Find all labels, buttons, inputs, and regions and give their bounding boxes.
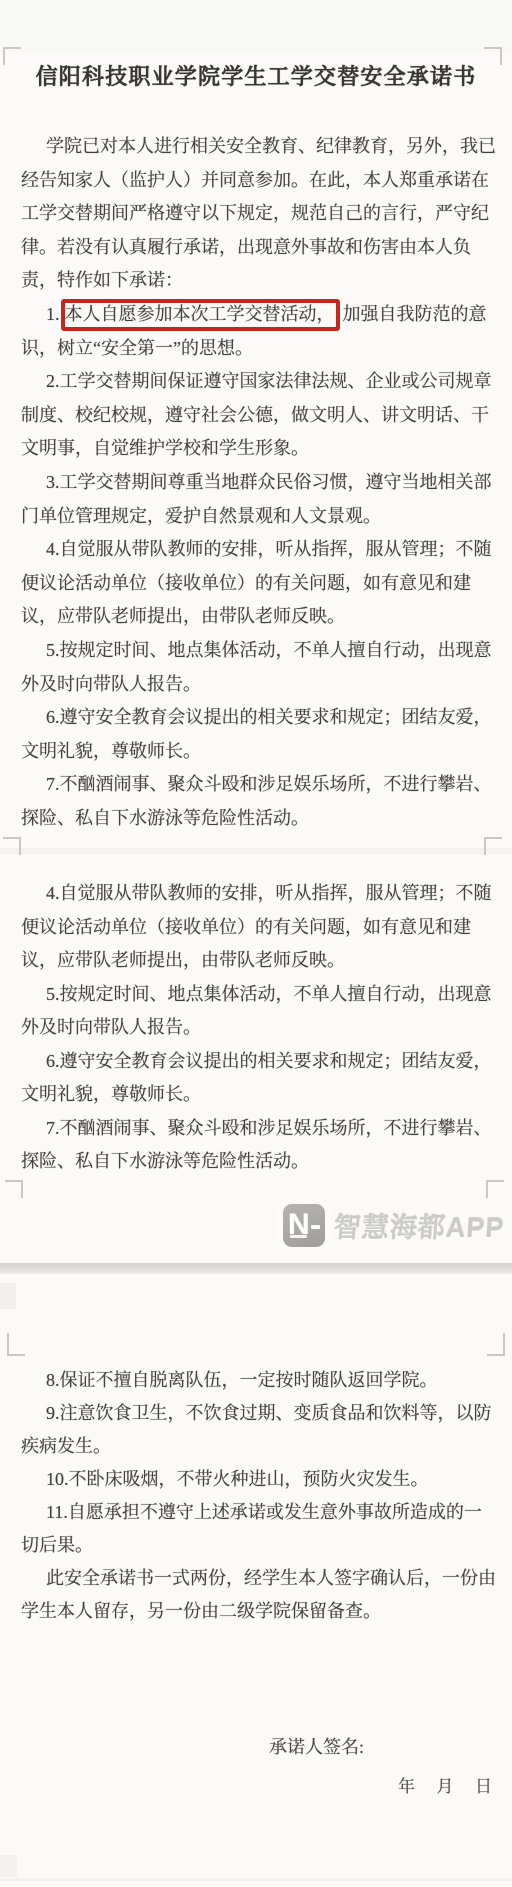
text-line: 5.按规定时间、地点集体活动，不单人擅自行动，出现意 <box>21 978 499 1012</box>
line-text: 学院已对本人进行相关安全教育、纪律教育，另外，我已 <box>46 136 496 156</box>
item-1-tail: 加强自我防范的意 <box>343 304 487 324</box>
signature-label: 承诺人签名: <box>269 1734 364 1760</box>
text-line: 学生本人留存，另一份由二级学院保留备查。 <box>21 1595 499 1628</box>
line-text: 文明事，自觉维护学校和学生形象。 <box>21 438 309 458</box>
line-text: 5.按规定时间、地点集体活动，不单人擅自行动，出现意 <box>46 640 492 660</box>
text-line: 7.不酗酒闹事、聚众斗殴和涉足娱乐场所，不进行攀岩、 <box>21 1112 499 1146</box>
line-text: 疾病发生。 <box>21 1436 111 1456</box>
crop-mark-page1-bottom-left <box>3 837 21 855</box>
date-day-label: 日 <box>475 1772 492 1797</box>
item-1-line2: 识，树立“安全第一”的思想。 <box>21 332 499 366</box>
line-text: 便议论活动单位（接收单位）的有关问题，如有意见和建 <box>21 573 471 593</box>
crop-mark-page2-bottom-left <box>5 1180 23 1198</box>
text-line: 疾病发生。 <box>21 1430 499 1463</box>
text-line: 5.按规定时间、地点集体活动，不单人擅自行动，出现意 <box>21 634 499 668</box>
line-text: 切后果。 <box>21 1535 93 1555</box>
item-1-number: 1. <box>46 304 60 324</box>
text-line: 议，应带队老师提出，由带队老师反映。 <box>21 600 499 634</box>
highlight-box: 本人自愿参加本次工学交替活动， <box>61 299 340 331</box>
line-text: 9.注意饮食卫生，不饮食过期、变质食品和饮料等，以防 <box>46 1403 492 1423</box>
line-text: 探险、私自下水游泳等危险性活动。 <box>21 1151 309 1171</box>
watermark-badge: N 智慧海都APP <box>281 1202 505 1249</box>
crop-mark-page3-top-left <box>7 1333 25 1356</box>
watermark-label: 智慧海都APP <box>333 1206 506 1245</box>
app-logo-subtext-mark <box>290 1235 307 1238</box>
text-line: 文明礼貌，尊敬师长。 <box>21 1078 499 1112</box>
text-line: 议，应带队老师提出，由带队老师反映。 <box>21 944 499 978</box>
text-line: 2.工学交替期间保证遵守国家法律法规、企业或公司规章 <box>21 365 499 399</box>
line-text: 11.自愿承担不遵守上述承诺或发生意外事故所造成的一 <box>46 1502 482 1522</box>
line-text: 制度、校纪校规，遵守社会公德，做文明人、讲文明话、干 <box>21 405 489 425</box>
line-text: 便议论活动单位（接收单位）的有关问题，如有意见和建 <box>21 917 471 937</box>
text-line: 6.遵守安全教育会议提出的相关要求和规定；团结友爱， <box>21 1045 499 1079</box>
line-text: 6.遵守安全教育会议提出的相关要求和规定；团结友爱， <box>46 707 492 727</box>
text-line: 4.自觉服从带队教师的安排，听从指挥，服从管理；不随 <box>21 533 499 567</box>
text-line: 4.自觉服从带队教师的安排，听从指挥，服从管理；不随 <box>21 877 499 911</box>
line-text: 议，应带队老师提出，由带队老师反映。 <box>21 606 345 626</box>
text-line: 工学交替期间严格遵守以下规定，规范自己的言行，严守纪 <box>21 197 499 231</box>
page-separator-band <box>0 1263 512 1274</box>
text-line: 文明事，自觉维护学校和学生形象。 <box>21 432 499 466</box>
app-logo-icon: N <box>281 1202 327 1249</box>
text-line: 11.自愿承担不遵守上述承诺或发生意外事故所造成的一 <box>21 1496 499 1529</box>
text-line: 律。若没有认真履行承诺，出现意外事故和伤害由本人负 <box>21 231 499 265</box>
page1-body: 学院已对本人进行相关安全教育、纪律教育，另外，我已经告知家人（监护人）并同意参加… <box>21 130 499 835</box>
item-1-line: 1.本人自愿参加本次工学交替活动，加强自我防范的意 <box>21 298 499 332</box>
text-line: 外及时向带队人报告。 <box>21 668 499 702</box>
date-month-label: 月 <box>437 1772 454 1797</box>
document-title: 信阳科技职业学院学生工学交替安全承诺书 <box>0 62 512 92</box>
photo-stitch-line <box>0 848 512 854</box>
photo-edge-line <box>0 1878 512 1881</box>
crop-mark-page1-bottom-right <box>484 837 502 855</box>
text-line: 切后果。 <box>21 1529 499 1562</box>
text-line: 便议论活动单位（接收单位）的有关问题，如有意见和建 <box>21 911 499 945</box>
line-text: 文明礼貌，尊敬师长。 <box>21 1084 201 1104</box>
line-text: 学生本人留存，另一份由二级学院保留备查。 <box>21 1601 381 1621</box>
text-line: 探险、私自下水游泳等危险性活动。 <box>21 802 499 836</box>
line-text: 文明礼貌，尊敬师长。 <box>21 741 201 761</box>
line-text: 7.不酗酒闹事、聚众斗殴和涉足娱乐场所，不进行攀岩、 <box>46 1118 492 1138</box>
line-text: 外及时向带队人报告。 <box>21 1017 201 1037</box>
text-line: 外及时向带队人报告。 <box>21 1011 499 1045</box>
text-line: 探险、私自下水游泳等危险性活动。 <box>21 1145 499 1179</box>
photo-tone-top <box>0 0 512 52</box>
text-line: 学院已对本人进行相关安全教育、纪律教育，另外，我已 <box>21 130 499 164</box>
text-line: 8.保证不擅自脱离队伍，一定按时随队返回学院。 <box>21 1364 499 1397</box>
crop-mark-page2-bottom-right <box>486 1180 504 1198</box>
crop-mark-page3-top-right <box>487 1333 505 1356</box>
text-line: 7.不酗酒闹事、聚众斗殴和涉足娱乐场所，不进行攀岩、 <box>21 768 499 802</box>
line-text: 7.不酗酒闹事、聚众斗殴和涉足娱乐场所，不进行攀岩、 <box>46 774 492 794</box>
date-year-label: 年 <box>398 1772 415 1797</box>
line-text: 责，特作如下承诺： <box>21 270 183 290</box>
text-line: 制度、校纪校规，遵守社会公德，做文明人、讲文明话、干 <box>21 399 499 433</box>
line-text: 经告知家人（监护人）并同意参加。在此，本人郑重承诺在 <box>21 170 489 190</box>
text-line: 6.遵守安全教育会议提出的相关要求和规定；团结友爱， <box>21 701 499 735</box>
line-text: 8.保证不擅自脱离队伍，一定按时随队返回学院。 <box>46 1370 438 1390</box>
line-text: 2.工学交替期间保证遵守国家法律法规、企业或公司规章 <box>46 371 492 391</box>
line-text: 议，应带队老师提出，由带队老师反映。 <box>21 950 345 970</box>
text-line: 责，特作如下承诺： <box>21 264 499 298</box>
line-text: 此安全承诺书一式两份，经学生本人签字确认后，一份由 <box>46 1568 496 1588</box>
text-line: 便议论活动单位（接收单位）的有关问题，如有意见和建 <box>21 567 499 601</box>
line-text: 4.自觉服从带队教师的安排，听从指挥，服从管理；不随 <box>46 539 492 559</box>
date-line: 年 月 日 <box>398 1772 492 1797</box>
text-line: 3.工学交替期间尊重当地群众民俗习惯，遵守当地相关部 <box>21 466 499 500</box>
text-line: 经告知家人（监护人）并同意参加。在此，本人郑重承诺在 <box>21 164 499 198</box>
line-text: 工学交替期间严格遵守以下规定，规范自己的言行，严守纪 <box>21 203 489 223</box>
text-line: 文明礼貌，尊敬师长。 <box>21 735 499 769</box>
document-photo: 信阳科技职业学院学生工学交替安全承诺书 学院已对本人进行相关安全教育、纪律教育，… <box>0 0 512 1887</box>
page2-body: 4.自觉服从带队教师的安排，听从指挥，服从管理；不随便议论活动单位（接收单位）的… <box>21 877 499 1179</box>
line-text: 4.自觉服从带队教师的安排，听从指挥，服从管理；不随 <box>46 883 492 903</box>
photo-smudge <box>0 1855 17 1877</box>
line-text: 外及时向带队人报告。 <box>21 674 201 694</box>
photo-smudge <box>0 1283 16 1309</box>
line-text: 3.工学交替期间尊重当地群众民俗习惯，遵守当地相关部 <box>46 472 492 492</box>
app-logo-dash <box>311 1225 320 1229</box>
line-text: 6.遵守安全教育会议提出的相关要求和规定；团结友爱， <box>46 1051 492 1071</box>
line-text: 10.不卧床吸烟，不带火种进山，预防火灾发生。 <box>46 1469 429 1489</box>
line-text: 门单位管理规定，爱护自然景观和人文景观。 <box>21 506 381 526</box>
line-text: 探险、私自下水游泳等危险性活动。 <box>21 808 309 828</box>
page3-body: 8.保证不擅自脱离队伍，一定按时随队返回学院。9.注意饮食卫生，不饮食过期、变质… <box>21 1364 499 1628</box>
line-text: 5.按规定时间、地点集体活动，不单人擅自行动，出现意 <box>46 984 492 1004</box>
text-line: 此安全承诺书一式两份，经学生本人签字确认后，一份由 <box>21 1562 499 1595</box>
line-text: 律。若没有认真履行承诺，出现意外事故和伤害由本人负 <box>21 237 471 257</box>
text-line: 10.不卧床吸烟，不带火种进山，预防火灾发生。 <box>21 1463 499 1496</box>
text-line: 门单位管理规定，爱护自然景观和人文景观。 <box>21 500 499 534</box>
text-line: 9.注意饮食卫生，不饮食过期、变质食品和饮料等，以防 <box>21 1397 499 1430</box>
